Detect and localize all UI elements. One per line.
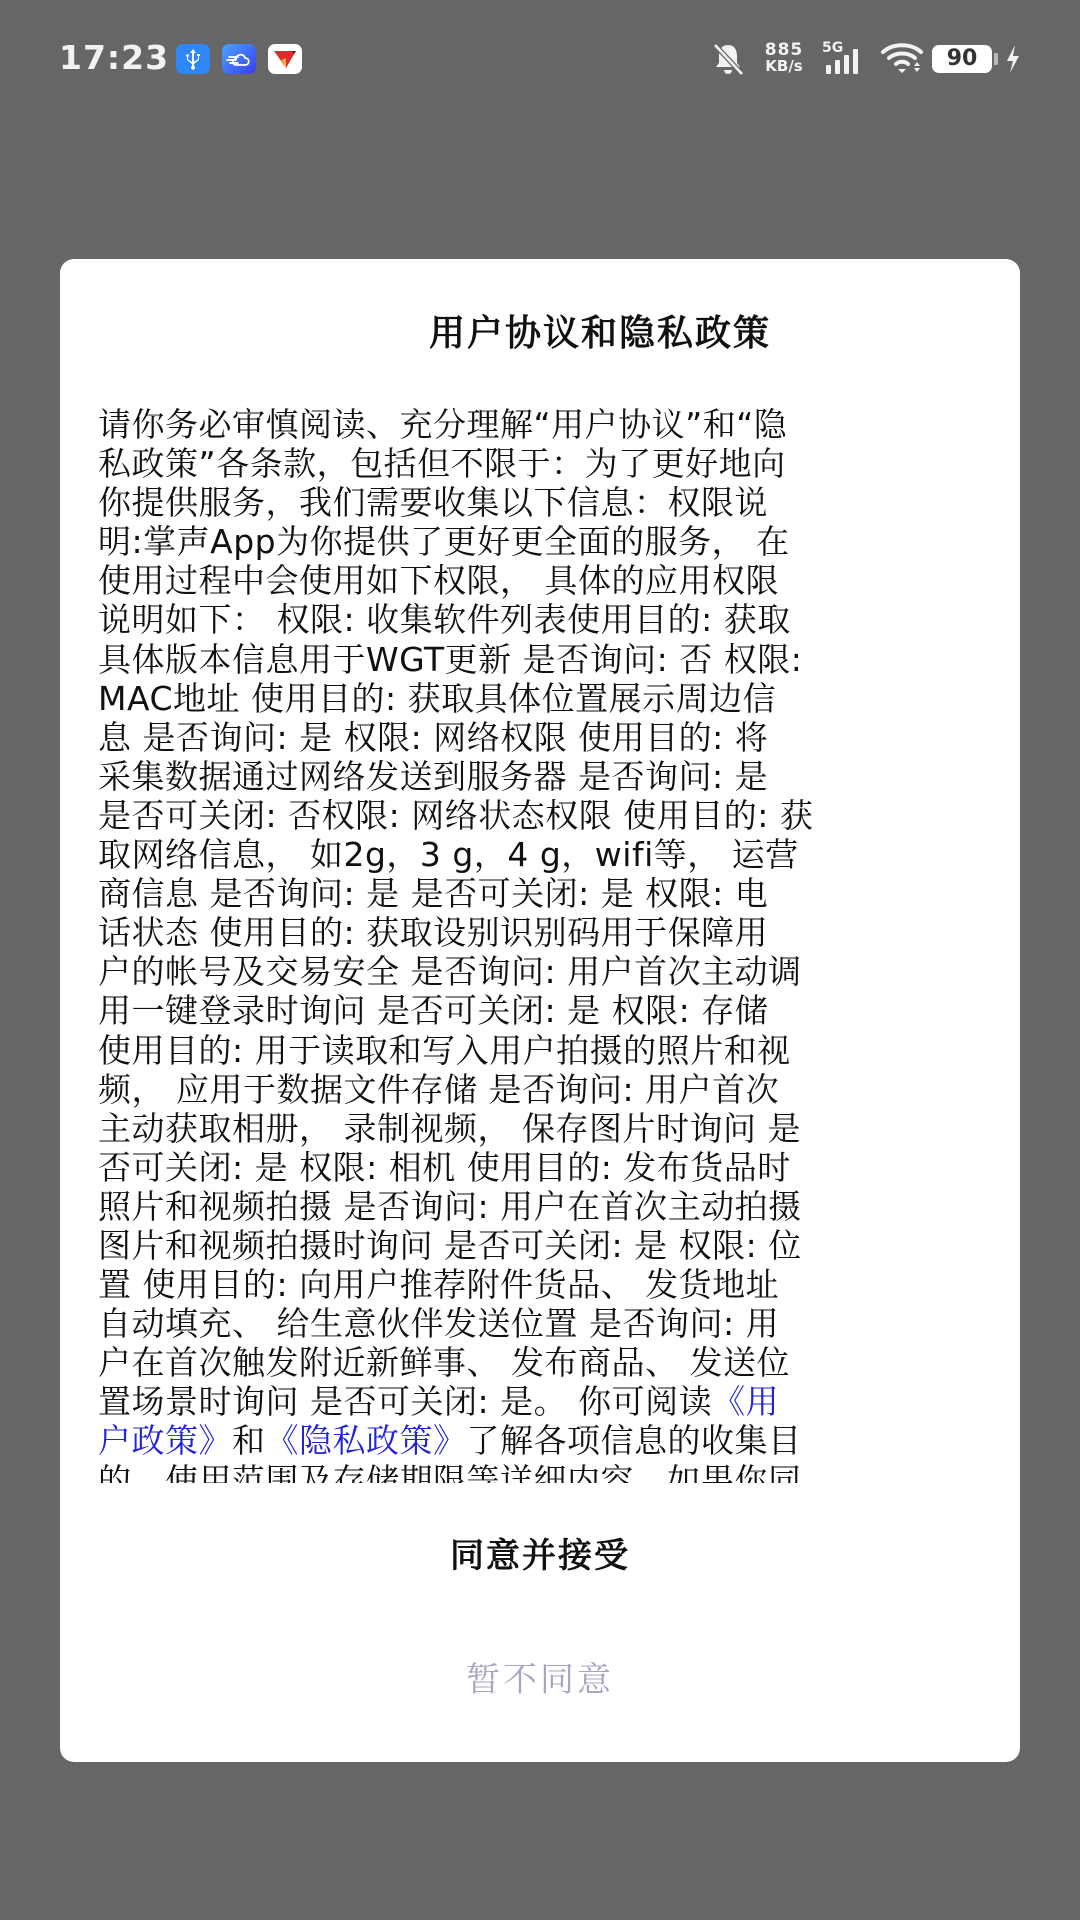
body-text-line: 照片和视频拍摄 是否询问: 用户在首次主动拍摄: [98, 1187, 1022, 1226]
body-text-line: 置 使用目的: 向用户推荐附件货品、 发货地址: [98, 1265, 1022, 1304]
body-text: 取网络信息， 如2g，3 g，4 g，wifi等， 运营: [98, 835, 799, 874]
body-text-line: 明:掌声App为你提供了更好更全面的服务， 在: [98, 522, 1022, 561]
cloud-app-icon: [222, 44, 256, 74]
body-text: 明:掌声App为你提供了更好更全面的服务， 在: [98, 522, 790, 561]
policy-link[interactable]: 户政策》: [98, 1421, 232, 1460]
wifi-icon: [880, 40, 926, 80]
body-text: 了解各项信息的收集目: [467, 1421, 802, 1460]
body-text: 户的帐号及交易安全 是否询问: 用户首次主动调: [98, 952, 802, 991]
body-text-line: 置场景时询问 是否可关闭: 是。 你可阅读《用: [98, 1382, 1022, 1421]
body-text-line: 说明如下： 权限: 收集软件列表使用目的: 获取: [98, 600, 1022, 639]
body-text: 户在首次触发附近新鲜事、 发布商品、 发送位: [98, 1343, 790, 1382]
body-text: 照片和视频拍摄 是否询问: 用户在首次主动拍摄: [98, 1187, 802, 1226]
body-text: 主动获取相册， 录制视频， 保存图片时询问 是: [98, 1109, 801, 1148]
body-text: 请你务必审慎阅读、充分理解“用户协议”和“隐: [98, 405, 787, 444]
body-text-line: 使用过程中会使用如下权限， 具体的应用权限: [98, 561, 1022, 600]
body-text-line: 商信息 是否询问: 是 是否可关闭: 是 权限: 电: [98, 874, 1022, 913]
battery-icon: 90: [932, 45, 992, 73]
body-text: 频， 应用于数据文件存储 是否询问: 用户首次: [98, 1070, 779, 1109]
body-text: 用一键登录时询问 是否可关闭: 是 权限: 存储: [98, 991, 768, 1030]
body-text-line: 你提供服务，我们需要收集以下信息：权限说: [98, 483, 1022, 522]
disagree-button[interactable]: 暂不同意: [60, 1654, 1020, 1706]
body-text-line: 户的帐号及交易安全 是否询问: 用户首次主动调: [98, 952, 1022, 991]
body-text-line: 是否可关闭: 否权限: 网络状态权限 使用目的: 获: [98, 796, 1022, 835]
body-text-line: 使用目的: 用于读取和写入用户拍摄的照片和视: [98, 1031, 1022, 1070]
body-text-line: 息 是否询问: 是 权限: 网络权限 使用目的: 将: [98, 718, 1022, 757]
net-speed-value: 885: [760, 42, 808, 58]
body-text-line: 的、使用范围及存储期限等详细内容，如果你同: [98, 1461, 1022, 1483]
body-text: 和: [232, 1421, 266, 1460]
body-text: 自动填充、 给生意伙伴发送位置 是否询问: 用: [98, 1304, 779, 1343]
body-text: 否可关闭: 是 权限: 相机 使用目的: 发布货品时: [98, 1148, 791, 1187]
policy-link[interactable]: 《用: [712, 1382, 779, 1421]
body-text-line: 取网络信息， 如2g，3 g，4 g，wifi等， 运营: [98, 835, 1022, 874]
body-text: 是否可关闭: 否权限: 网络状态权限 使用目的: 获: [98, 796, 813, 835]
body-text: 的、使用范围及存储期限等详细内容，如果你同: [98, 1461, 802, 1483]
charging-bolt-icon: [1004, 44, 1022, 74]
dialog-title: 用户协议和隐私政策: [120, 305, 1080, 356]
bell-muted-icon: [710, 40, 746, 80]
body-text-line: 户在首次触发附近新鲜事、 发布商品、 发送位: [98, 1343, 1022, 1382]
status-bar: 17:23 885 KB/s 5G 90: [0, 0, 1080, 116]
body-text-line: 否可关闭: 是 权限: 相机 使用目的: 发布货品时: [98, 1148, 1022, 1187]
body-text-line: 请你务必审慎阅读、充分理解“用户协议”和“隐: [98, 405, 1022, 444]
dialog-body-scroll[interactable]: 请你务必审慎阅读、充分理解“用户协议”和“隐私政策”各条款，包括但不限于：为了更…: [98, 405, 1022, 1483]
body-text-line: 自动填充、 给生意伙伴发送位置 是否询问: 用: [98, 1304, 1022, 1343]
usb-icon: [176, 44, 210, 74]
policy-link[interactable]: 《隐私政策》: [266, 1421, 467, 1460]
body-text: 话状态 使用目的: 获取设别识别码用于保障用: [98, 913, 768, 952]
body-text: 商信息 是否询问: 是 是否可关闭: 是 权限: 电: [98, 874, 768, 913]
body-text: 你提供服务，我们需要收集以下信息：权限说: [98, 483, 768, 522]
body-text-line: 私政策”各条款，包括但不限于：为了更好地向: [98, 444, 1022, 483]
body-text-line: MAC地址 使用目的: 获取具体位置展示周边信: [98, 679, 1022, 718]
net-speed-unit: KB/s: [765, 57, 802, 75]
body-text: 说明如下： 权限: 收集软件列表使用目的: 获取: [98, 600, 791, 639]
mail-app-icon: [268, 44, 302, 74]
body-text-line: 主动获取相册， 录制视频， 保存图片时询问 是: [98, 1109, 1022, 1148]
body-text-line: 采集数据通过网络发送到服务器 是否询问: 是: [98, 757, 1022, 796]
body-text-line: 频， 应用于数据文件存储 是否询问: 用户首次: [98, 1070, 1022, 1109]
signal-icon: 5G: [822, 40, 870, 80]
agree-button[interactable]: 同意并接受: [60, 1530, 1020, 1582]
body-text-line: 话状态 使用目的: 获取设别识别码用于保障用: [98, 913, 1022, 952]
body-text: 私政策”各条款，包括但不限于：为了更好地向: [98, 444, 786, 483]
body-text: 息 是否询问: 是 权限: 网络权限 使用目的: 将: [98, 718, 768, 757]
status-time: 17:23: [59, 38, 169, 77]
body-text: 使用过程中会使用如下权限， 具体的应用权限: [98, 561, 779, 600]
body-text: 使用目的: 用于读取和写入用户拍摄的照片和视: [98, 1031, 791, 1070]
body-text: 图片和视频拍摄时询问 是否可关闭: 是 权限: 位: [98, 1226, 802, 1265]
body-text: 具体版本信息用于WGT更新 是否询问: 否 权限:: [98, 640, 802, 679]
network-speed: 885 KB/s: [760, 42, 808, 82]
body-text-line: 图片和视频拍摄时询问 是否可关闭: 是 权限: 位: [98, 1226, 1022, 1265]
body-text-line: 户政策》和《隐私政策》了解各项信息的收集目: [98, 1421, 1022, 1460]
body-text-line: 用一键登录时询问 是否可关闭: 是 权限: 存储: [98, 991, 1022, 1030]
body-text: 置场景时询问 是否可关闭: 是。 你可阅读: [98, 1382, 712, 1421]
body-text: MAC地址 使用目的: 获取具体位置展示周边信: [98, 679, 776, 718]
body-text-line: 具体版本信息用于WGT更新 是否询问: 否 权限:: [98, 640, 1022, 679]
body-text: 置 使用目的: 向用户推荐附件货品、 发货地址: [98, 1265, 779, 1304]
body-text: 采集数据通过网络发送到服务器 是否询问: 是: [98, 757, 768, 796]
